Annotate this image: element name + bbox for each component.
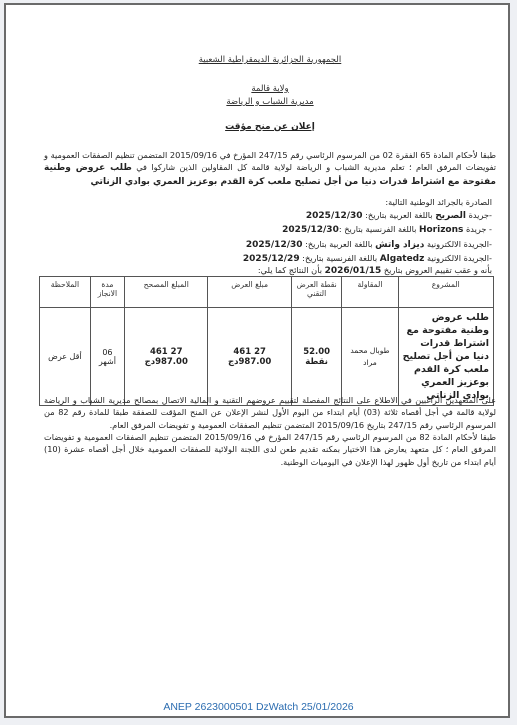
col-tech-score: نقطة العرض التقني [291,277,342,308]
col-duration: مدة الانجاز [90,277,124,308]
table-row: طلب عروض وطنية مفتوحة مع اشتراط قدرات دن… [40,308,494,406]
cell-duration: 06 أشهر [90,308,124,406]
cell-corrected-amount: 27 461 987.00دج [125,308,208,406]
newspaper-item: - جريدة Horizons باللغة الفرنسية بتاريخ … [190,223,492,237]
table-header-row: المشروع المقاولة نقطة العرض التقني مبلغ … [40,277,494,308]
cell-notes: أقل عرض [40,308,91,406]
closing-paragraph-1: على المتعهدين الراغبين في الاطلاع على ال… [44,394,496,431]
cell-tech-score: 52.00 نقطة [291,308,342,406]
directorate-heading: مديرية الشباب و الرياضة [150,97,390,107]
cell-contractor: طوبال محمد مراد [342,308,398,406]
cell-bid-amount: 27 461 987.00دج [208,308,291,406]
results-table: المشروع المقاولة نقطة العرض التقني مبلغ … [39,276,494,406]
newspaper-item: -جريدة الصريح باللغة العربية بتاريخ: 202… [190,209,492,223]
wilaya-heading: ولاية قالمة [150,84,390,94]
col-corrected-amount: المبلغ المصحح [125,277,208,308]
newspapers-intro: الصادرة بالجرائد الوطنية التالية: [190,196,492,209]
col-project: المشروع [398,277,493,308]
anep-footer: ANEP 2623000501 DzWatch 25/01/2026 [0,701,517,713]
newspaper-item: -الجريدة الالكترونية ديزاد واتش باللغة ا… [190,238,492,252]
closing-paragraph-2: طبقا لأحكام المادة 82 من المرسوم الرئاسي… [44,431,496,468]
republic-heading: الجمهورية الجزائرية الديمقراطية الشعبية [150,55,390,65]
col-bid-amount: مبلغ العرض [208,277,291,308]
intro-paragraph: طبقا لأحكام المادة 65 الفقرة 02 من المرس… [44,149,496,188]
col-contractor: المقاولة [342,277,398,308]
notice-title: إعلان عن منح مؤقت [150,122,390,132]
cell-project: طلب عروض وطنية مفتوحة مع اشتراط قدرات دن… [398,308,493,406]
col-notes: الملاحظة [40,277,91,308]
newspapers-list: الصادرة بالجرائد الوطنية التالية: -جريدة… [190,196,492,278]
